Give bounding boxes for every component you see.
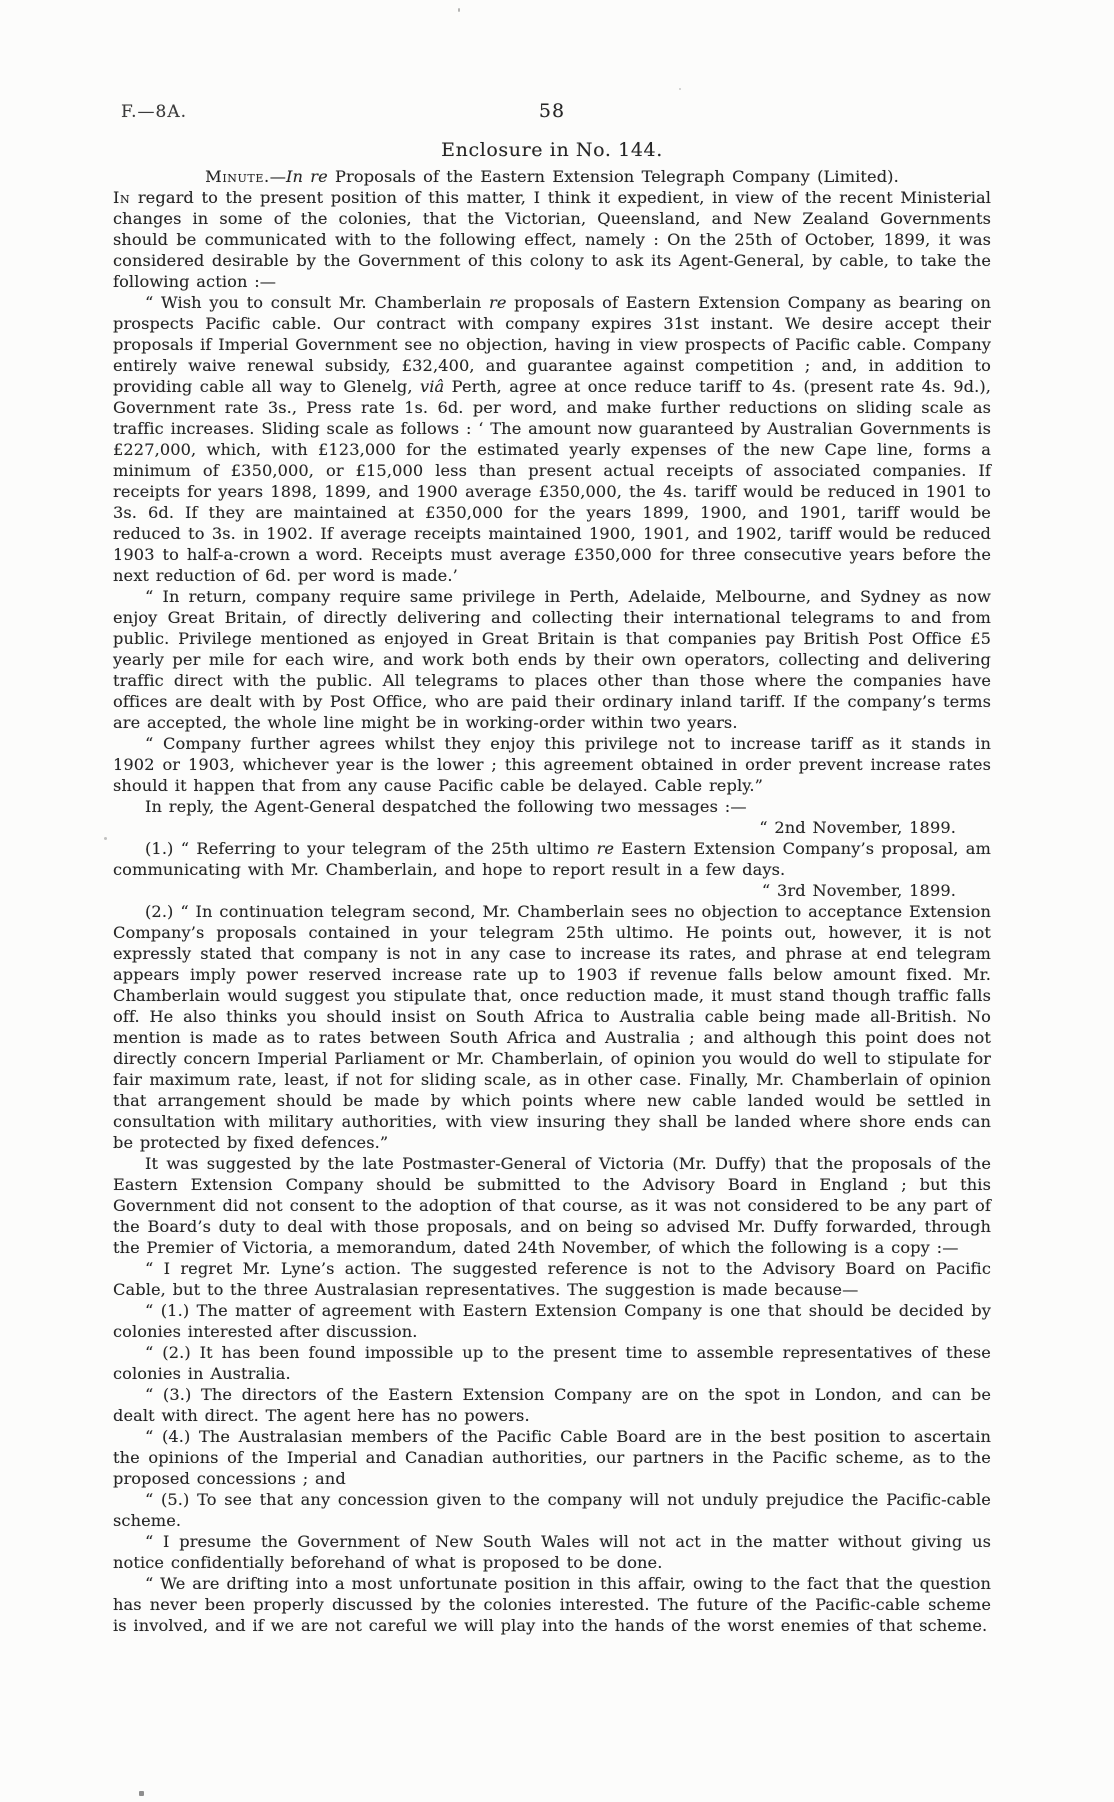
date-line-2nd-november: “ 2nd November, 1899.: [113, 817, 991, 838]
enclosure-title: Enclosure in No. 144.: [113, 138, 991, 162]
scan-speck: [104, 837, 107, 840]
paragraph-company-agrees: “ Company further agrees whilst they enj…: [113, 733, 991, 796]
paragraph-message-2: (2.) “ In continuation telegram second, …: [113, 901, 991, 1153]
paragraph-presume-nsw: “ I presume the Government of New South …: [113, 1531, 991, 1573]
paragraph-regret-lyne: “ I regret Mr. Lyne’s action. The sugges…: [113, 1258, 991, 1300]
paragraph-wish-consult: “ Wish you to consult Mr. Chamberlain re…: [113, 292, 991, 586]
paragraph-in-reply: In reply, the Agent-General despatched t…: [113, 796, 991, 817]
paragraph-point-4: “ (4.) The Australasian members of the P…: [113, 1426, 991, 1489]
paragraph-point-2: “ (2.) It has been found impossible up t…: [113, 1342, 991, 1384]
document-body: Minute.—In re Proposals of the Eastern E…: [113, 166, 991, 1636]
paragraph-point-3: “ (3.) The directors of the Eastern Exte…: [113, 1384, 991, 1426]
page-header: F.—8A. 58: [113, 100, 991, 126]
scan-speck: [139, 1791, 144, 1796]
scan-speck: [458, 8, 460, 12]
scanned-document-page: F.—8A. 58 Enclosure in No. 144. Minute.—…: [0, 0, 1114, 1802]
paragraph-point-1: “ (1.) The matter of agreement with East…: [113, 1300, 991, 1342]
paragraph-opening: In regard to the present position of thi…: [113, 187, 991, 292]
text-column: Enclosure in No. 144. Minute.—In re Prop…: [113, 138, 991, 1636]
paragraph-duffy-suggestion: It was suggested by the late Postmaster-…: [113, 1153, 991, 1258]
paragraph-drifting: “ We are drifting into a most unfortunat…: [113, 1573, 991, 1636]
date-line-3rd-november: “ 3rd November, 1899.: [113, 880, 991, 901]
scan-speck: [679, 88, 681, 90]
minute-heading: Minute.—In re Proposals of the Eastern E…: [113, 166, 991, 187]
paragraph-point-5: “ (5.) To see that any concession given …: [113, 1489, 991, 1531]
page-number: 58: [113, 100, 991, 122]
paragraph-in-return: “ In return, company require same privil…: [113, 586, 991, 733]
paragraph-message-1: (1.) “ Referring to your telegram of the…: [113, 838, 991, 880]
